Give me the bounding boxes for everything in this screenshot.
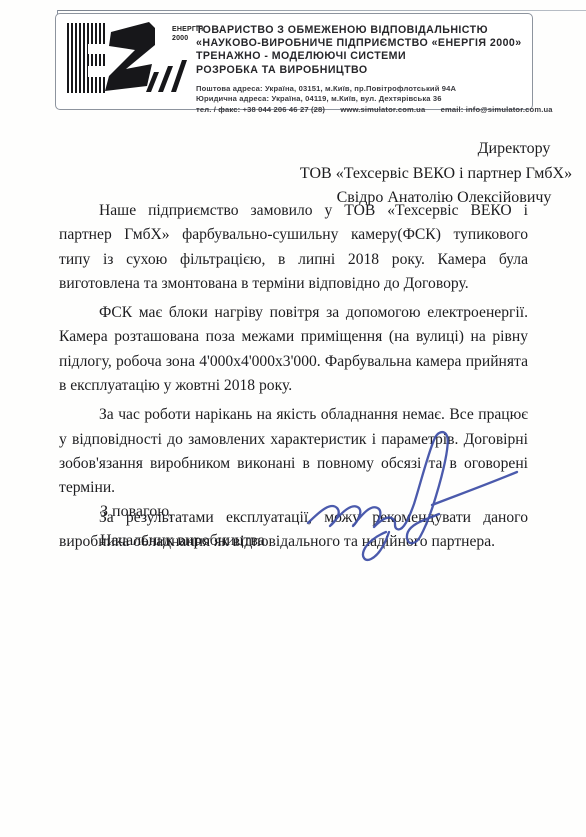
letterhead: ЕНЕРГІЯ 2000 ТОВАРИСТВО З ОБМЕЖЕНОЮ ВІДП…: [55, 13, 533, 110]
body-paragraph: Наше підприємство замовило у ТОВ «Техсер…: [59, 199, 528, 296]
signature-ink: [308, 432, 517, 560]
company-name-line: ТОВАРИСТВО З ОБМЕЖЕНОЮ ВІДПОВІДАЛЬНІСТЮ: [196, 24, 528, 37]
contacts-line: тел. / факс: +38 044 206 46 27 (28) www.…: [196, 105, 528, 115]
signer-job-title: Начальник виробництва: [100, 532, 265, 550]
postal-address: Поштова адреса: Україна, 03151, м.Київ, …: [196, 84, 528, 94]
body-paragraph: ФСК має блоки нагріву повітря за допомог…: [59, 301, 528, 398]
handwritten-signature: [293, 428, 533, 568]
scan-edge-line: [57, 10, 586, 11]
letterhead-text: ТОВАРИСТВО З ОБМЕЖЕНОЮ ВІДПОВІДАЛЬНІСТЮ …: [196, 24, 528, 115]
email-text: email: info@simulator.com.ua: [441, 105, 553, 114]
logo-slashes-icon: [144, 58, 190, 94]
company-logo: ЕНЕРГІЯ 2000: [56, 14, 196, 109]
company-name-line: «НАУКОВО-ВИРОБНИЧЕ ПІДПРИЄМСТВО «ЕНЕРГІЯ…: [196, 37, 528, 50]
phone-fax: тел. / факс: +38 044 206 46 27 (28): [196, 105, 325, 114]
website-text: www.simulator.com.ua: [340, 105, 425, 114]
legal-address: Юридична адреса: Україна, 04119, м.Київ,…: [196, 94, 528, 104]
recipient-company: ТОВ «Техсервіс ВЕКО і партнер ГмбХ»: [296, 162, 576, 187]
company-name-block: ТОВАРИСТВО З ОБМЕЖЕНОЮ ВІДПОВІДАЛЬНІСТЮ …: [196, 24, 528, 77]
logo-striped-e-icon: [67, 23, 105, 93]
closing-salutation: З повагою,: [100, 503, 173, 521]
recipient-position: Директору: [374, 137, 586, 162]
company-name-line: РОЗРОБКА ТА ВИРОБНИЦТВО: [196, 64, 528, 77]
company-name-line: ТРЕНАЖНО - МОДЕЛЮЮЧІ СИСТЕМИ: [196, 50, 528, 63]
scanned-letter-page: ЕНЕРГІЯ 2000 ТОВАРИСТВО З ОБМЕЖЕНОЮ ВІДП…: [0, 0, 586, 837]
address-block: Поштова адреса: Україна, 03151, м.Київ, …: [196, 84, 528, 115]
